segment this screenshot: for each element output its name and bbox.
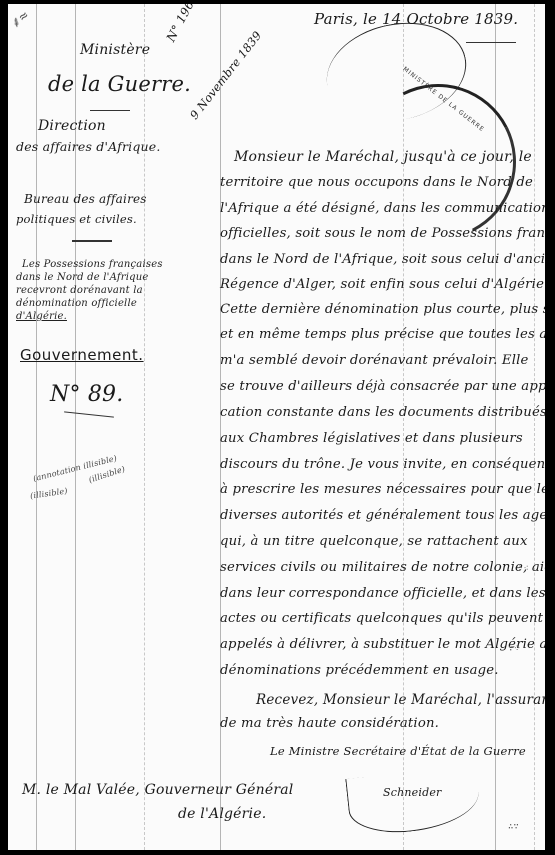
addressee-line1: M. le Mal Valée, Gouverneur Général [22,782,293,798]
addressee-line2: de l'Algérie. [178,806,266,822]
body-line: l'Afrique a été désigné, dans les commun… [220,201,545,216]
body-line: à prescrire les mesures nécessaires pour… [220,482,545,497]
destination-number: N° 89. [50,382,123,407]
bureau-line1: Bureau des affaires [24,192,147,206]
dateline: Paris, le 14 Octobre 1839. [314,10,518,28]
closing-line: de ma très haute considération. [220,716,439,731]
subject-note-line: d'Algérie. [16,311,67,322]
guide-line [144,4,146,850]
registry-date: 9 Novembre 1839 [187,28,264,122]
closing-line: Recevez, Monsieur le Maréchal, l'assuran… [256,692,545,708]
ministry-line2: de la Guerre. [48,72,191,96]
body-line: Cette dernière dénomination plus courte,… [220,302,545,317]
scan-speckle: ∴∵ [508,822,519,832]
body-line: officielles, soit sous le nom de Possess… [220,226,545,241]
body-line: Monsieur le Maréchal, jusqu'à ce jour, l… [234,149,532,165]
body-line: diverses autorités et généralement tous … [220,508,545,523]
divider [72,240,112,242]
signature-title: Le Ministre Secrétaire d'État de la Guer… [270,744,526,758]
body-line: m'a semblé devoir dorénavant prévaloir. … [220,353,529,368]
body-line: aux Chambres législatives et dans plusie… [220,431,523,446]
signature-flourish [345,765,481,837]
dateline-underline [466,42,516,43]
body-line: actes ou certificats quelconques qu'ils … [220,611,545,626]
divider [64,411,114,417]
direction-label: Direction [38,118,106,134]
scan-speckle: ⁘⁖ [516,564,529,574]
body-line: appelés à délivrer, à substituer le mot … [220,637,545,652]
subject-note-line: Les Possessions françaises [22,259,163,270]
divider [90,110,130,111]
guide-line [534,4,536,850]
body-line: discours du trône. Je vous invite, en co… [220,457,545,472]
corner-scribble: ⸙≈ [8,6,33,33]
body-line: cation constante dans les documents dist… [220,405,545,420]
guide-line [36,4,37,850]
body-line: territoire que nous occupons dans le Nor… [220,175,533,190]
body-line: se trouve d'ailleurs déjà consacrée par … [220,379,545,394]
ministry-line1: Ministère [80,42,150,58]
destination-label: Gouvernement. [20,346,144,364]
subject-note-line: dénomination officielle [16,298,137,309]
subject-note-line: dans le Nord de l'Afrique [16,272,148,283]
registry-number: N° 1963 [164,4,201,44]
scan-speckle: ∵⁘ [508,644,521,654]
document-page: ⸙≈ Ministère de la Guerre. Direction des… [8,4,545,850]
body-line: dénominations précédemment en usage. [220,663,499,678]
body-line: services civils ou militaires de notre c… [220,560,545,575]
body-line: dans le Nord de l'Afrique, soit sous cel… [220,252,545,267]
body-line: Régence d'Alger, soit enfin sous celui d… [220,277,545,292]
direction-of: des affaires d'Afrique. [16,139,161,154]
bureau-line2: politiques et civiles. [16,212,137,226]
subject-note-line: recevront dorénavant la [16,285,143,296]
body-line: qui, à un titre quelconque, se rattachen… [220,534,528,549]
body-line: et en même temps plus précise que toutes… [220,327,545,342]
body-line: dans leur correspondance officielle, et … [220,586,545,601]
